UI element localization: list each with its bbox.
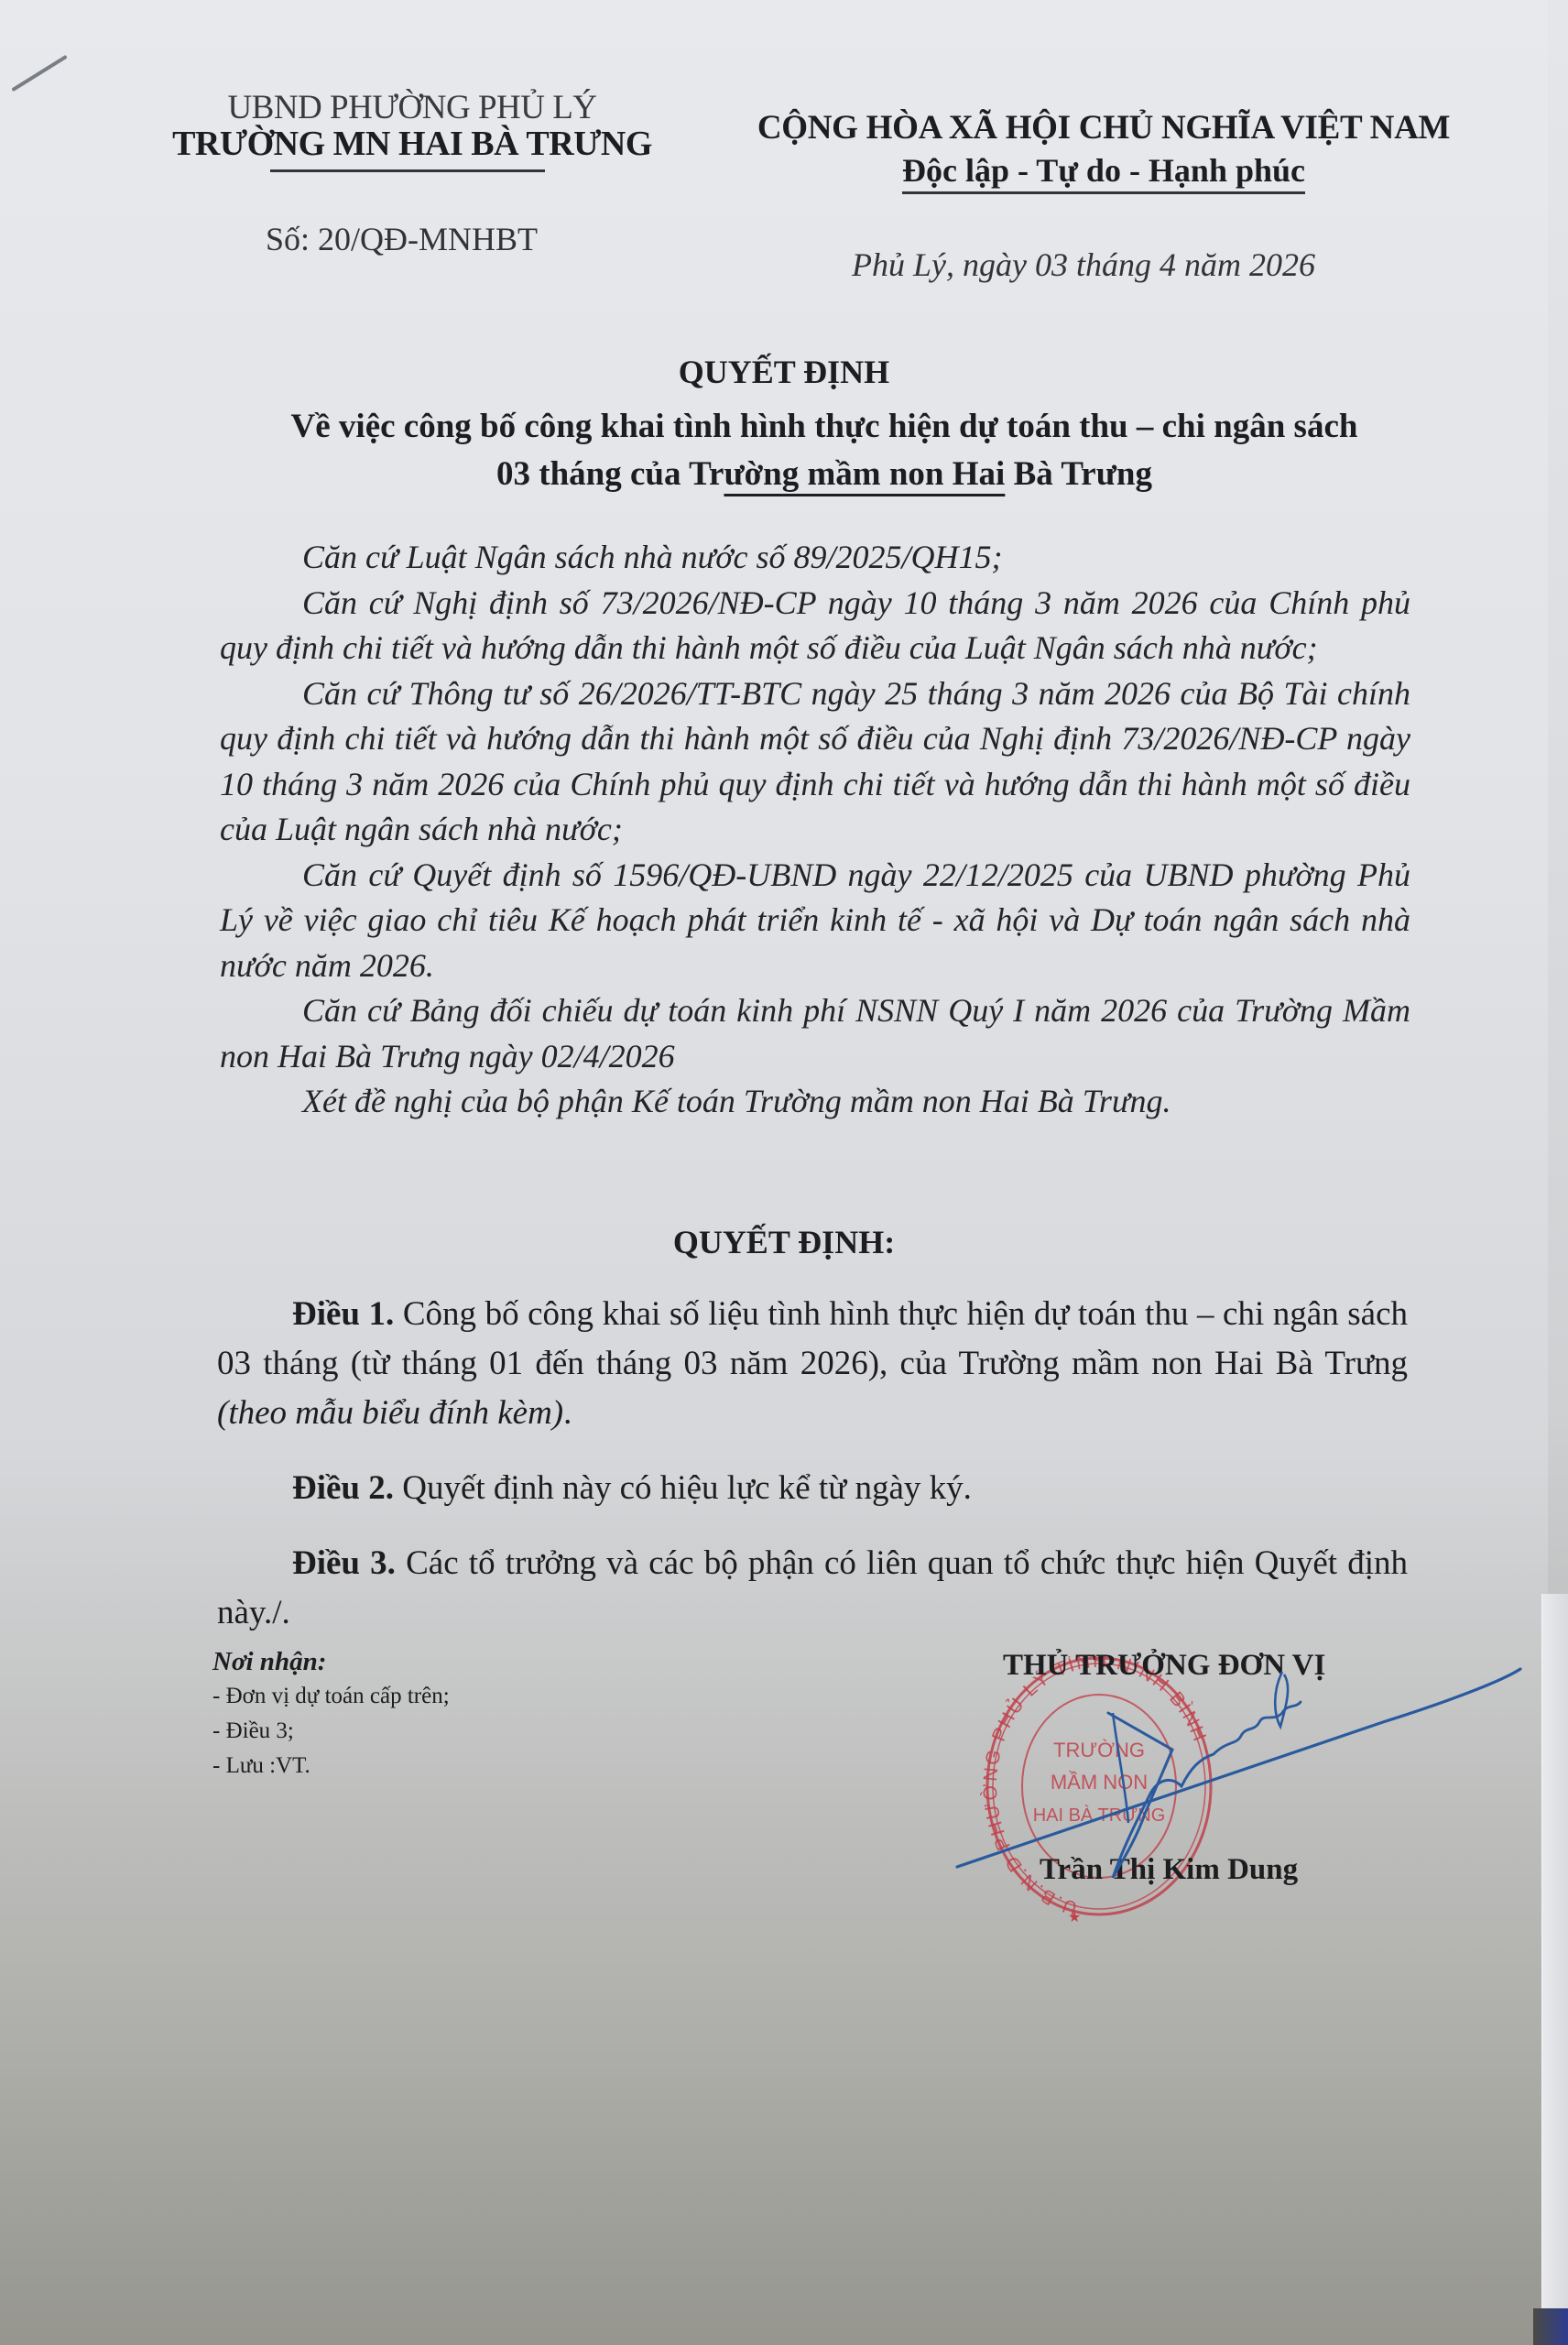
handwritten-signature: [953, 1640, 1539, 1914]
subtitle-line-2: 03 tháng của Trường mầm non Hai Bà Trưng: [220, 451, 1429, 498]
subtitle-text: Bà Trưng: [1005, 455, 1152, 493]
issuer-underline: [270, 169, 545, 172]
background-object: [1533, 2308, 1568, 2345]
national-motto: Độc lập - Tự do - Hạnh phúc: [902, 151, 1305, 194]
article-text: Quyết định này có hiệu lực kể từ ngày ký…: [394, 1469, 972, 1507]
legal-basis: Căn cứ Nghị định số 73/2026/NĐ-CP ngày 1…: [220, 581, 1410, 671]
issuer-block: UBND PHƯỜNG PHỦ LÝ TRƯỜNG MN HAI BÀ TRƯN…: [160, 88, 664, 172]
legal-basis: Căn cứ Quyết định số 1596/QĐ-UBND ngày 2…: [220, 853, 1410, 989]
paper-sheet: [0, 0, 1548, 2345]
article-end: .: [563, 1394, 572, 1432]
document-title: QUYẾT ĐỊNH: [0, 353, 1568, 391]
document-number: Số: 20/QĐ-MNHBT: [266, 220, 538, 258]
legal-basis: Xét đề nghị của bộ phận Kế toán Trường m…: [220, 1079, 1410, 1125]
country-name: CỘNG HÒA XÃ HỘI CHỦ NGHĨA VIỆT NAM: [724, 108, 1484, 147]
article-label: Điều 2.: [292, 1469, 394, 1507]
recipient-item: - Điều 3;: [212, 1714, 450, 1749]
legal-bases: Căn cứ Luật Ngân sách nhà nước số 89/202…: [220, 535, 1410, 1125]
recipients-heading: Nơi nhận:: [212, 1644, 450, 1679]
national-header: CỘNG HÒA XÃ HỘI CHỦ NGHĨA VIỆT NAM Độc l…: [724, 108, 1484, 194]
paper-edge: [1541, 1594, 1568, 2345]
document-subtitle: Về việc công bố công khai tình hình thực…: [220, 403, 1429, 498]
decision-heading: QUYẾT ĐỊNH:: [0, 1223, 1568, 1261]
subtitle-underlined: ường mầm non Hai: [724, 455, 1005, 493]
place-date: Phủ Lý, ngày 03 tháng 4 năm 2026: [852, 245, 1315, 284]
issuer-authority: UBND PHƯỜNG PHỦ LÝ: [160, 88, 664, 127]
issuer-organization: TRƯỜNG MN HAI BÀ TRƯNG: [160, 124, 664, 164]
article-text: Các tổ trưởng và các bộ phận có liên qua…: [217, 1544, 1408, 1631]
article-label: Điều 1.: [292, 1295, 394, 1333]
article-label: Điều 3.: [292, 1544, 396, 1582]
recipient-item: - Đơn vị dự toán cấp trên;: [212, 1679, 450, 1714]
articles: Điều 1. Công bố công khai số liệu tình h…: [217, 1290, 1408, 1663]
article-2: Điều 2. Quyết định này có hiệu lực kể từ…: [217, 1464, 1408, 1513]
article-1: Điều 1. Công bố công khai số liệu tình h…: [217, 1290, 1408, 1438]
subtitle-line-1: Về việc công bố công khai tình hình thực…: [220, 403, 1429, 451]
recipient-item: - Lưu :VT.: [212, 1749, 450, 1783]
article-3: Điều 3. Các tổ trưởng và các bộ phận có …: [217, 1539, 1408, 1638]
legal-basis: Căn cứ Thông tư số 26/2026/TT-BTC ngày 2…: [220, 671, 1410, 853]
subtitle-text: 03 tháng của Tr: [496, 455, 724, 493]
legal-basis: Căn cứ Luật Ngân sách nhà nước số 89/202…: [220, 535, 1410, 581]
article-note: (theo mẫu biểu đính kèm): [217, 1394, 563, 1432]
article-text: Công bố công khai số liệu tình hình thực…: [217, 1295, 1408, 1382]
legal-basis: Căn cứ Bảng đối chiếu dự toán kinh phí N…: [220, 988, 1410, 1079]
recipients-block: Nơi nhận: - Đơn vị dự toán cấp trên; - Đ…: [212, 1644, 450, 1783]
